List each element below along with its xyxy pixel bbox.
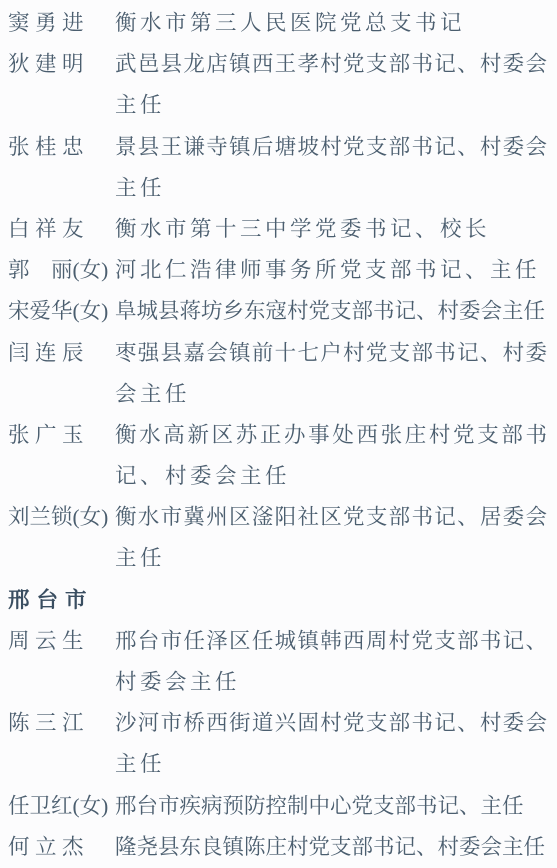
- title-line: 主任: [115, 168, 547, 209]
- title-line: 沙河市桥西街道兴固村党支部书记、村委会: [115, 703, 547, 744]
- title-line: 村委会主任: [115, 662, 547, 703]
- person-name: 闫连辰: [8, 333, 115, 374]
- title-line: 河北仁浩律师事务所党支部书记、主任: [115, 250, 547, 291]
- person-title: 阜城县蒋坊乡东寇村党支部书记、村委会主任: [115, 291, 547, 332]
- person-title: 邢台市任泽区任城镇韩西周村党支部书记、村委会主任: [115, 621, 547, 703]
- title-line: 阜城县蒋坊乡东寇村党支部书记、村委会主任: [115, 291, 547, 332]
- list-item: 窦勇进 衡水市第三人民医院党总支书记: [8, 3, 547, 44]
- person-name: 郭 丽(女): [8, 250, 115, 291]
- person-name: 刘兰锁(女): [8, 497, 115, 538]
- title-line: 武邑县龙店镇西王孝村党支部书记、村委会: [115, 44, 547, 85]
- document-page: 窦勇进 衡水市第三人民医院党总支书记 狄建明 武邑县龙店镇西王孝村党支部书记、村…: [0, 0, 557, 868]
- title-line: 衡水高新区苏正办事处西张庄村党支部书: [115, 415, 547, 456]
- list-item: 白祥友 衡水市第十三中学党委书记、校长: [8, 209, 547, 250]
- title-line: 衡水市冀州区滏阳社区党支部书记、居委会: [115, 497, 547, 538]
- person-title: 沙河市桥西街道兴固村党支部书记、村委会主任: [115, 703, 547, 785]
- person-title: 衡水高新区苏正办事处西张庄村党支部书记、村委会主任: [115, 415, 547, 497]
- title-line: 衡水市第十三中学党委书记、校长: [115, 209, 547, 250]
- title-line: 邢台市任泽区任城镇韩西周村党支部书记、: [115, 621, 547, 662]
- title-line: 景县王谦寺镇后塘坡村党支部书记、村委会: [115, 127, 547, 168]
- person-name: 周云生: [8, 621, 115, 662]
- person-name: 宋爱华(女): [8, 291, 115, 332]
- title-line: 主任: [115, 538, 547, 579]
- title-line: 隆尧县东良镇陈庄村党支部书记、村委会主任: [115, 827, 547, 868]
- title-line: 邢台市疾病预防控制中心党支部书记、主任: [115, 786, 547, 827]
- city-section-header: 邢台市: [8, 580, 94, 621]
- person-title: 邢台市疾病预防控制中心党支部书记、主任: [115, 786, 547, 827]
- section-header-row: 邢台市: [8, 580, 547, 621]
- person-name: 窦勇进: [8, 3, 115, 44]
- title-line: 主任: [115, 85, 547, 126]
- list-item: 狄建明 武邑县龙店镇西王孝村党支部书记、村委会主任: [8, 44, 547, 126]
- title-line: 会主任: [115, 374, 547, 415]
- list-item: 闫连辰 枣强县嘉会镇前十七户村党支部书记、村委会主任: [8, 333, 547, 415]
- person-name: 陈三江: [8, 703, 115, 744]
- list-item: 周云生 邢台市任泽区任城镇韩西周村党支部书记、村委会主任: [8, 621, 547, 703]
- title-line: 衡水市第三人民医院党总支书记: [115, 3, 547, 44]
- list-item: 何立杰 隆尧县东良镇陈庄村党支部书记、村委会主任: [8, 827, 547, 868]
- person-title: 枣强县嘉会镇前十七户村党支部书记、村委会主任: [115, 333, 547, 415]
- person-title: 河北仁浩律师事务所党支部书记、主任: [115, 250, 547, 291]
- title-line: 枣强县嘉会镇前十七户村党支部书记、村委: [115, 333, 547, 374]
- list-item: 刘兰锁(女) 衡水市冀州区滏阳社区党支部书记、居委会主任: [8, 497, 547, 579]
- person-name: 白祥友: [8, 209, 115, 250]
- person-name: 张广玉: [8, 415, 115, 456]
- list-item: 宋爱华(女) 阜城县蒋坊乡东寇村党支部书记、村委会主任: [8, 291, 547, 332]
- person-name: 何立杰: [8, 827, 115, 868]
- person-title: 武邑县龙店镇西王孝村党支部书记、村委会主任: [115, 44, 547, 126]
- list-item: 张广玉 衡水高新区苏正办事处西张庄村党支部书记、村委会主任: [8, 415, 547, 497]
- list-item: 陈三江 沙河市桥西街道兴固村党支部书记、村委会主任: [8, 703, 547, 785]
- person-name: 任卫红(女): [8, 786, 115, 827]
- list-item: 郭 丽(女) 河北仁浩律师事务所党支部书记、主任: [8, 250, 547, 291]
- person-name: 狄建明: [8, 44, 115, 85]
- person-name: 张桂忠: [8, 127, 115, 168]
- person-title: 衡水市第十三中学党委书记、校长: [115, 209, 547, 250]
- title-line: 记、村委会主任: [115, 456, 547, 497]
- list-item: 张桂忠 景县王谦寺镇后塘坡村党支部书记、村委会主任: [8, 127, 547, 209]
- title-line: 主任: [115, 744, 547, 785]
- person-title: 隆尧县东良镇陈庄村党支部书记、村委会主任: [115, 827, 547, 868]
- person-title: 衡水市第三人民医院党总支书记: [115, 3, 547, 44]
- person-title: 衡水市冀州区滏阳社区党支部书记、居委会主任: [115, 497, 547, 579]
- person-title: 景县王谦寺镇后塘坡村党支部书记、村委会主任: [115, 127, 547, 209]
- list-item: 任卫红(女) 邢台市疾病预防控制中心党支部书记、主任: [8, 786, 547, 827]
